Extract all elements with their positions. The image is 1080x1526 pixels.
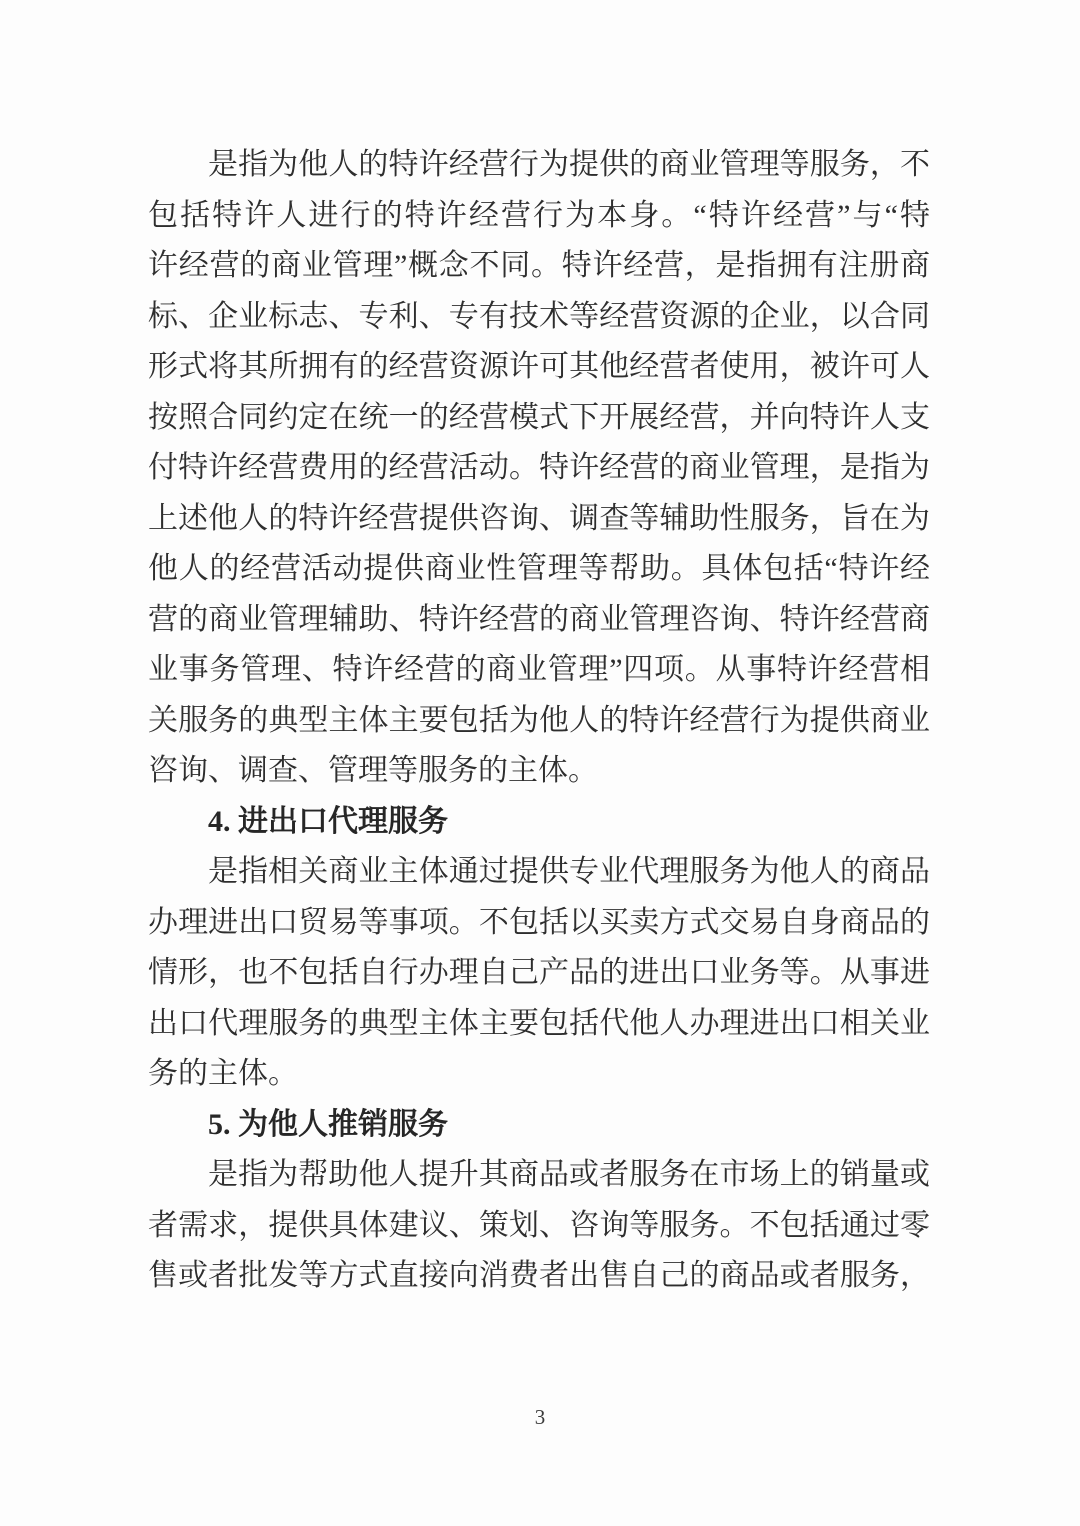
text-line: 办理进出口贸易等事项。不包括以买卖方式交易自身商品的 <box>148 898 930 949</box>
text-line: 是指为他人的特许经营行为提供的商业管理等服务，不 <box>148 140 930 191</box>
text-line: 是指相关商业主体通过提供专业代理服务为他人的商品 <box>148 847 930 898</box>
text-line: 付特许经营费用的经营活动。特许经营的商业管理，是指为 <box>148 443 930 494</box>
text-line: 务的主体。 <box>148 1049 930 1100</box>
text-line: 业事务管理、特许经营的商业管理”四项。从事特许经营相 <box>148 645 930 696</box>
text-line: 关服务的典型主体主要包括为他人的特许经营行为提供商业 <box>148 696 930 747</box>
text-line: 标、企业标志、专利、专有技术等经营资源的企业，以合同 <box>148 292 930 343</box>
text-line: 营的商业管理辅助、特许经营的商业管理咨询、特许经营商 <box>148 595 930 646</box>
text-line: 上述他人的特许经营提供咨询、调查等辅助性服务，旨在为 <box>148 494 930 545</box>
text-line: 情形，也不包括自行办理自己产品的进出口业务等。从事进 <box>148 948 930 999</box>
text-line: 咨询、调查、管理等服务的主体。 <box>148 746 930 797</box>
text-line: 出口代理服务的典型主体主要包括代他人办理进出口相关业 <box>148 999 930 1050</box>
document-page: 是指为他人的特许经营行为提供的商业管理等服务，不包括特许人进行的特许经营行为本身… <box>0 0 1080 1526</box>
text-line: 是指为帮助他人提升其商品或者服务在市场上的销量或 <box>148 1150 930 1201</box>
text-line: 者需求，提供具体建议、策划、咨询等服务。不包括通过零 <box>148 1201 930 1252</box>
section-heading: 5. 为他人推销服务 <box>148 1100 930 1151</box>
page-number: 3 <box>0 1402 1080 1432</box>
text-line: 按照合同约定在统一的经营模式下开展经营，并向特许人支 <box>148 393 930 444</box>
text-line: 售或者批发等方式直接向消费者出售自己的商品或者服务， <box>148 1251 930 1302</box>
text-line: 包括特许人进行的特许经营行为本身。“特许经营”与“特 <box>148 191 930 242</box>
text-line: 许经营的商业管理”概念不同。特许经营，是指拥有注册商 <box>148 241 930 292</box>
section-heading: 4. 进出口代理服务 <box>148 797 930 848</box>
text-line: 他人的经营活动提供商业性管理等帮助。具体包括“特许经 <box>148 544 930 595</box>
document-body: 是指为他人的特许经营行为提供的商业管理等服务，不包括特许人进行的特许经营行为本身… <box>148 140 930 1302</box>
text-line: 形式将其所拥有的经营资源许可其他经营者使用，被许可人 <box>148 342 930 393</box>
